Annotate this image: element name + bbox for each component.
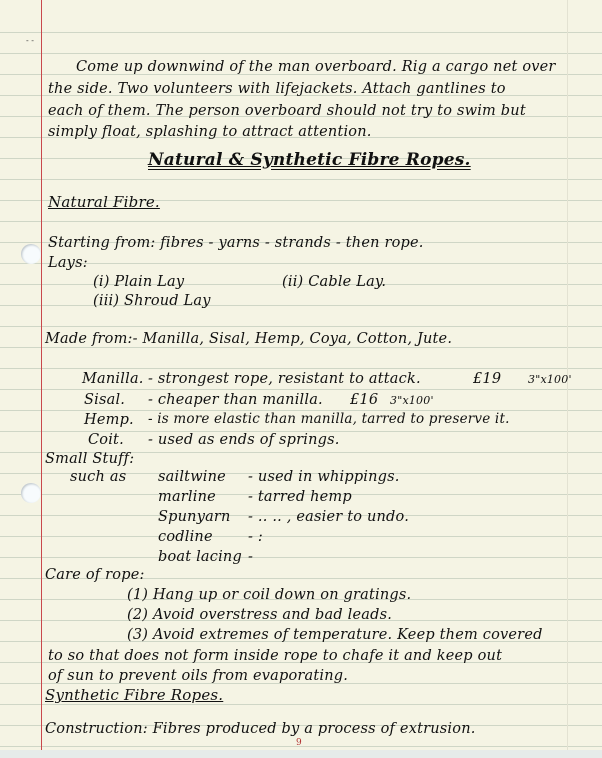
small-stuff-desc: - xyxy=(248,550,253,565)
material-price: £19 xyxy=(473,372,501,387)
construction: Construction: Fibres produced by a proce… xyxy=(45,722,476,737)
small-stuff-desc: - .. .. , easier to undo. xyxy=(248,510,409,525)
care-continued: to so that does not form inside rope to … xyxy=(48,649,502,664)
care-item: (1) Hang up or coil down on gratings. xyxy=(127,588,411,603)
lay-item: (i) Plain Lay xyxy=(93,275,184,290)
starting-from: Starting from: fibres - yarns - strands … xyxy=(48,236,424,251)
material-size: 3"x100' xyxy=(528,374,572,385)
section-heading-synthetic: Synthetic Fibre Ropes. xyxy=(45,688,223,703)
intro-line-1: Come up downwind of the man overboard. R… xyxy=(76,60,556,75)
care-continued: of sun to prevent oils from evaporating. xyxy=(48,669,348,684)
intro-line-4: simply float, splashing to attract atten… xyxy=(48,125,372,140)
material-price: £16 xyxy=(350,393,378,408)
small-stuff-label: Small Stuff: xyxy=(45,452,134,467)
punch-hole-top xyxy=(21,244,41,264)
notebook-page: - - Come up downwind of the man overboar… xyxy=(0,0,602,750)
material-desc: - strongest rope, resistant to attack. xyxy=(148,372,421,387)
page-number: 9 xyxy=(296,738,302,748)
small-stuff-name: codline xyxy=(158,530,213,545)
material-name: Manilla. xyxy=(82,372,144,387)
made-from: Made from:- Manilla, Sisal, Hemp, Coya, … xyxy=(45,332,452,347)
small-stuff-desc: - used in whippings. xyxy=(248,470,400,485)
material-name: Sisal. xyxy=(84,393,125,408)
material-size: 3"x100' xyxy=(390,395,434,406)
section-heading-natural: Natural Fibre. xyxy=(48,195,160,210)
material-name: Hemp. xyxy=(84,413,134,428)
page-title: Natural & Synthetic Fibre Ropes. xyxy=(148,152,471,169)
intro-line-2: the side. Two volunteers with lifejacket… xyxy=(48,82,506,97)
small-stuff-name: sailtwine xyxy=(158,470,226,485)
small-stuff-desc: - : xyxy=(248,530,263,545)
margin-rule xyxy=(41,0,42,750)
small-stuff-desc: - tarred hemp xyxy=(248,490,352,505)
lays-label: Lays: xyxy=(48,256,88,271)
small-stuff-name: marline xyxy=(158,490,216,505)
care-label: Care of rope: xyxy=(45,568,145,583)
small-stuff-name: Spunyarn xyxy=(158,510,231,525)
material-name: Coit. xyxy=(88,433,124,448)
scan-edge xyxy=(0,750,602,758)
intro-line-3: each of them. The person overboard shoul… xyxy=(48,104,526,119)
care-item: (2) Avoid overstress and bad leads. xyxy=(127,608,392,623)
small-stuff-name: boat lacing xyxy=(158,550,242,565)
material-desc: - is more elastic than manilla, tarred t… xyxy=(148,413,510,427)
punch-hole-bottom xyxy=(21,483,41,503)
material-desc: - cheaper than manilla. xyxy=(148,393,323,408)
lay-item: (iii) Shroud Lay xyxy=(93,294,211,309)
care-item: (3) Avoid extremes of temperature. Keep … xyxy=(127,628,543,643)
material-desc: - used as ends of springs. xyxy=(148,433,340,448)
lay-item: (ii) Cable Lay. xyxy=(282,275,386,290)
margin-mark: - - xyxy=(26,36,34,45)
such-as: such as xyxy=(70,470,126,485)
